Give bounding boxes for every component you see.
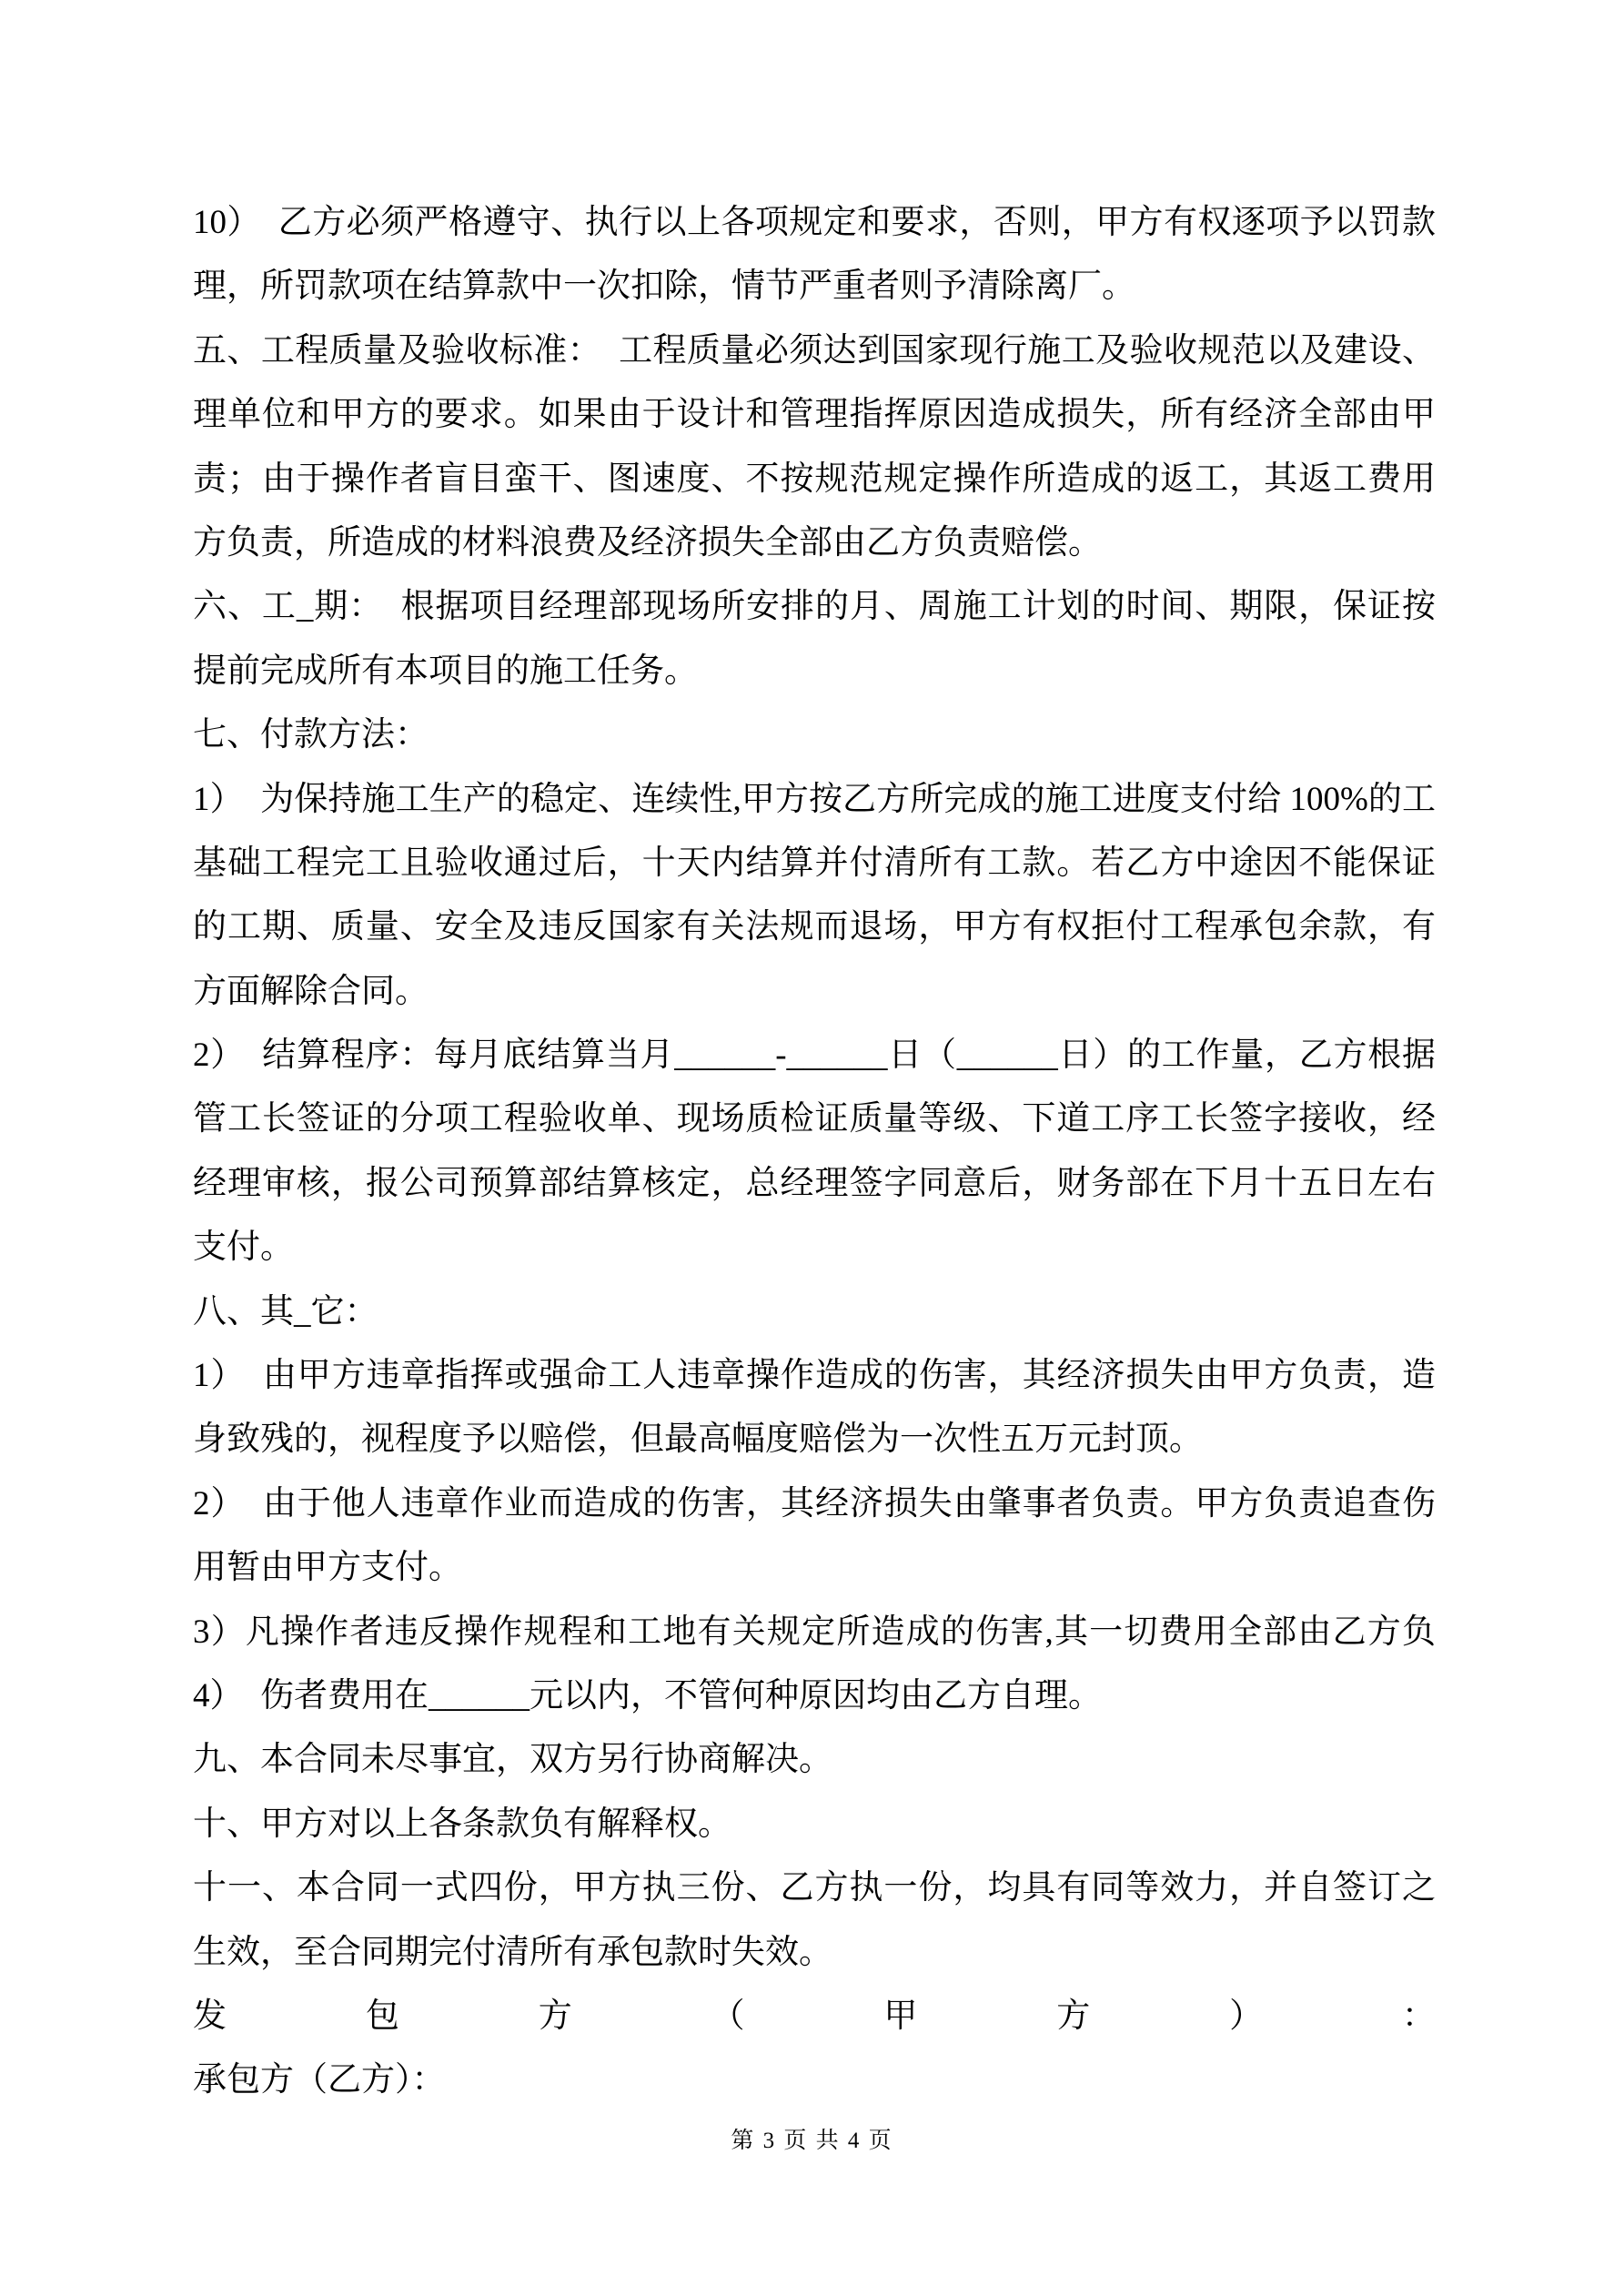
contract-line: 2） 由于他人违章作业而造成的伤害，其经济损失由肇事者负责。甲方负责追查伤者费 [193,1472,1436,1536]
contract-line-section-8: 八、其_它： [193,1280,1436,1344]
spread-char: ： [1402,1985,1436,2048]
spread-char: 发 [193,1985,227,2048]
contract-line-blank-field: 4） 伤者费用在______元以内，不管何种原因均由乙方自理。 [193,1664,1436,1728]
spread-char: 方 [1056,1985,1090,2048]
contract-line: 10） 乙方必须严格遵守、执行以上各项规定和要求，否则，甲方有权逐项予以罚款处 [193,191,1436,255]
contract-line: 支付。 [193,1216,1436,1279]
spread-char: （ [711,1985,745,2048]
contract-page: 10） 乙方必须严格遵守、执行以上各项规定和要求，否则，甲方有权逐项予以罚款处 … [0,0,1624,2296]
contract-line-section-7: 七、付款方法： [193,703,1436,767]
contract-line-section-5: 五、工程质量及验收标准： 工程质量必须达到国家现行施工及验收规范以及建设、监 [193,319,1436,383]
contract-line: 3）凡操作者违反操作规程和工地有关规定所造成的伤害,其一切费用全部由乙方负责。 [193,1601,1436,1664]
contract-body: 10） 乙方必须严格遵守、执行以上各项规定和要求，否则，甲方有权逐项予以罚款处 … [193,191,1436,2113]
contract-line: 责；由于操作者盲目蛮干、图速度、不按规范规定操作所造成的返工，其返工费用由乙 [193,448,1436,511]
page-number: 第 3 页 共 4 页 [0,2126,1624,2157]
contract-line: 用暂由甲方支付。 [193,1536,1436,1600]
contract-line: 1） 为保持施工生产的稳定、连续性,甲方按乙方所完成的施工进度支付给 100%的… [193,768,1436,832]
contract-line-blank-fields: 2） 结算程序：每月底结算当月______-______日（______日）的工… [193,1024,1436,1087]
contract-line-section-10: 十、甲方对以上各条款负有解释权。 [193,1793,1436,1856]
contract-line: 方负责，所造成的材料浪费及经济损失全部由乙方负责赔偿。 [193,511,1436,575]
contract-line: 经理审核，报公司预算部结算核定，总经理签字同意后，财务部在下月十五日左右予以 [193,1152,1436,1216]
contract-line-section-6: 六、工_期： 根据项目经理部现场所安排的月、周施工计划的时间、期限，保证按期或 [193,575,1436,639]
contract-line: 理，所罚款项在结算款中一次扣除，情节严重者则予清除离厂。 [193,255,1436,319]
contract-line: 理单位和甲方的要求。如果由于设计和管理指挥原因造成损失，所有经济全部由甲方负 [193,383,1436,447]
spread-char: 方 [539,1985,572,2048]
signature-line-party-b: 承包方（乙方）： [193,2048,1436,2112]
spread-char: 包 [366,1985,399,2048]
contract-line: 身致残的，视程度予以赔偿，但最高幅度赔偿为一次性五万元封顶。 [193,1408,1436,1472]
contract-line: 方面解除合同。 [193,960,1436,1024]
contract-line: 基础工程完工且验收通过后，十天内结算并付清所有工款。若乙方中途因不能保证甲方 [193,832,1436,895]
contract-line: 提前完成所有本项目的施工任务。 [193,640,1436,703]
contract-line: 生效，至合同期完付清所有承包款时失效。 [193,1921,1436,1985]
contract-line-section-11: 十一、本合同一式四份，甲方执三份、乙方执一份，均具有同等效力，并自签订之日起 [193,1856,1436,1920]
contract-line-section-9: 九、本合同未尽事宜，双方另行协商解决。 [193,1728,1436,1792]
spread-char: ） [1229,1985,1263,2048]
contract-line: 的工期、质量、安全及违反国家有关法规而退场，甲方有权拒付工程承包余款，有权单 [193,895,1436,959]
spread-char: 甲 [883,1985,917,2048]
contract-line: 管工长签证的分项工程验收单、现场质检证质量等级、下道工序工长签字接收，经项目 [193,1087,1436,1151]
contract-line: 1） 由甲方违章指挥或强命工人违章操作造成的伤害，其经济损失由甲方负责，造成终 [193,1344,1436,1408]
signature-line-party-a: 发包方（甲方）： [193,1985,1436,2048]
